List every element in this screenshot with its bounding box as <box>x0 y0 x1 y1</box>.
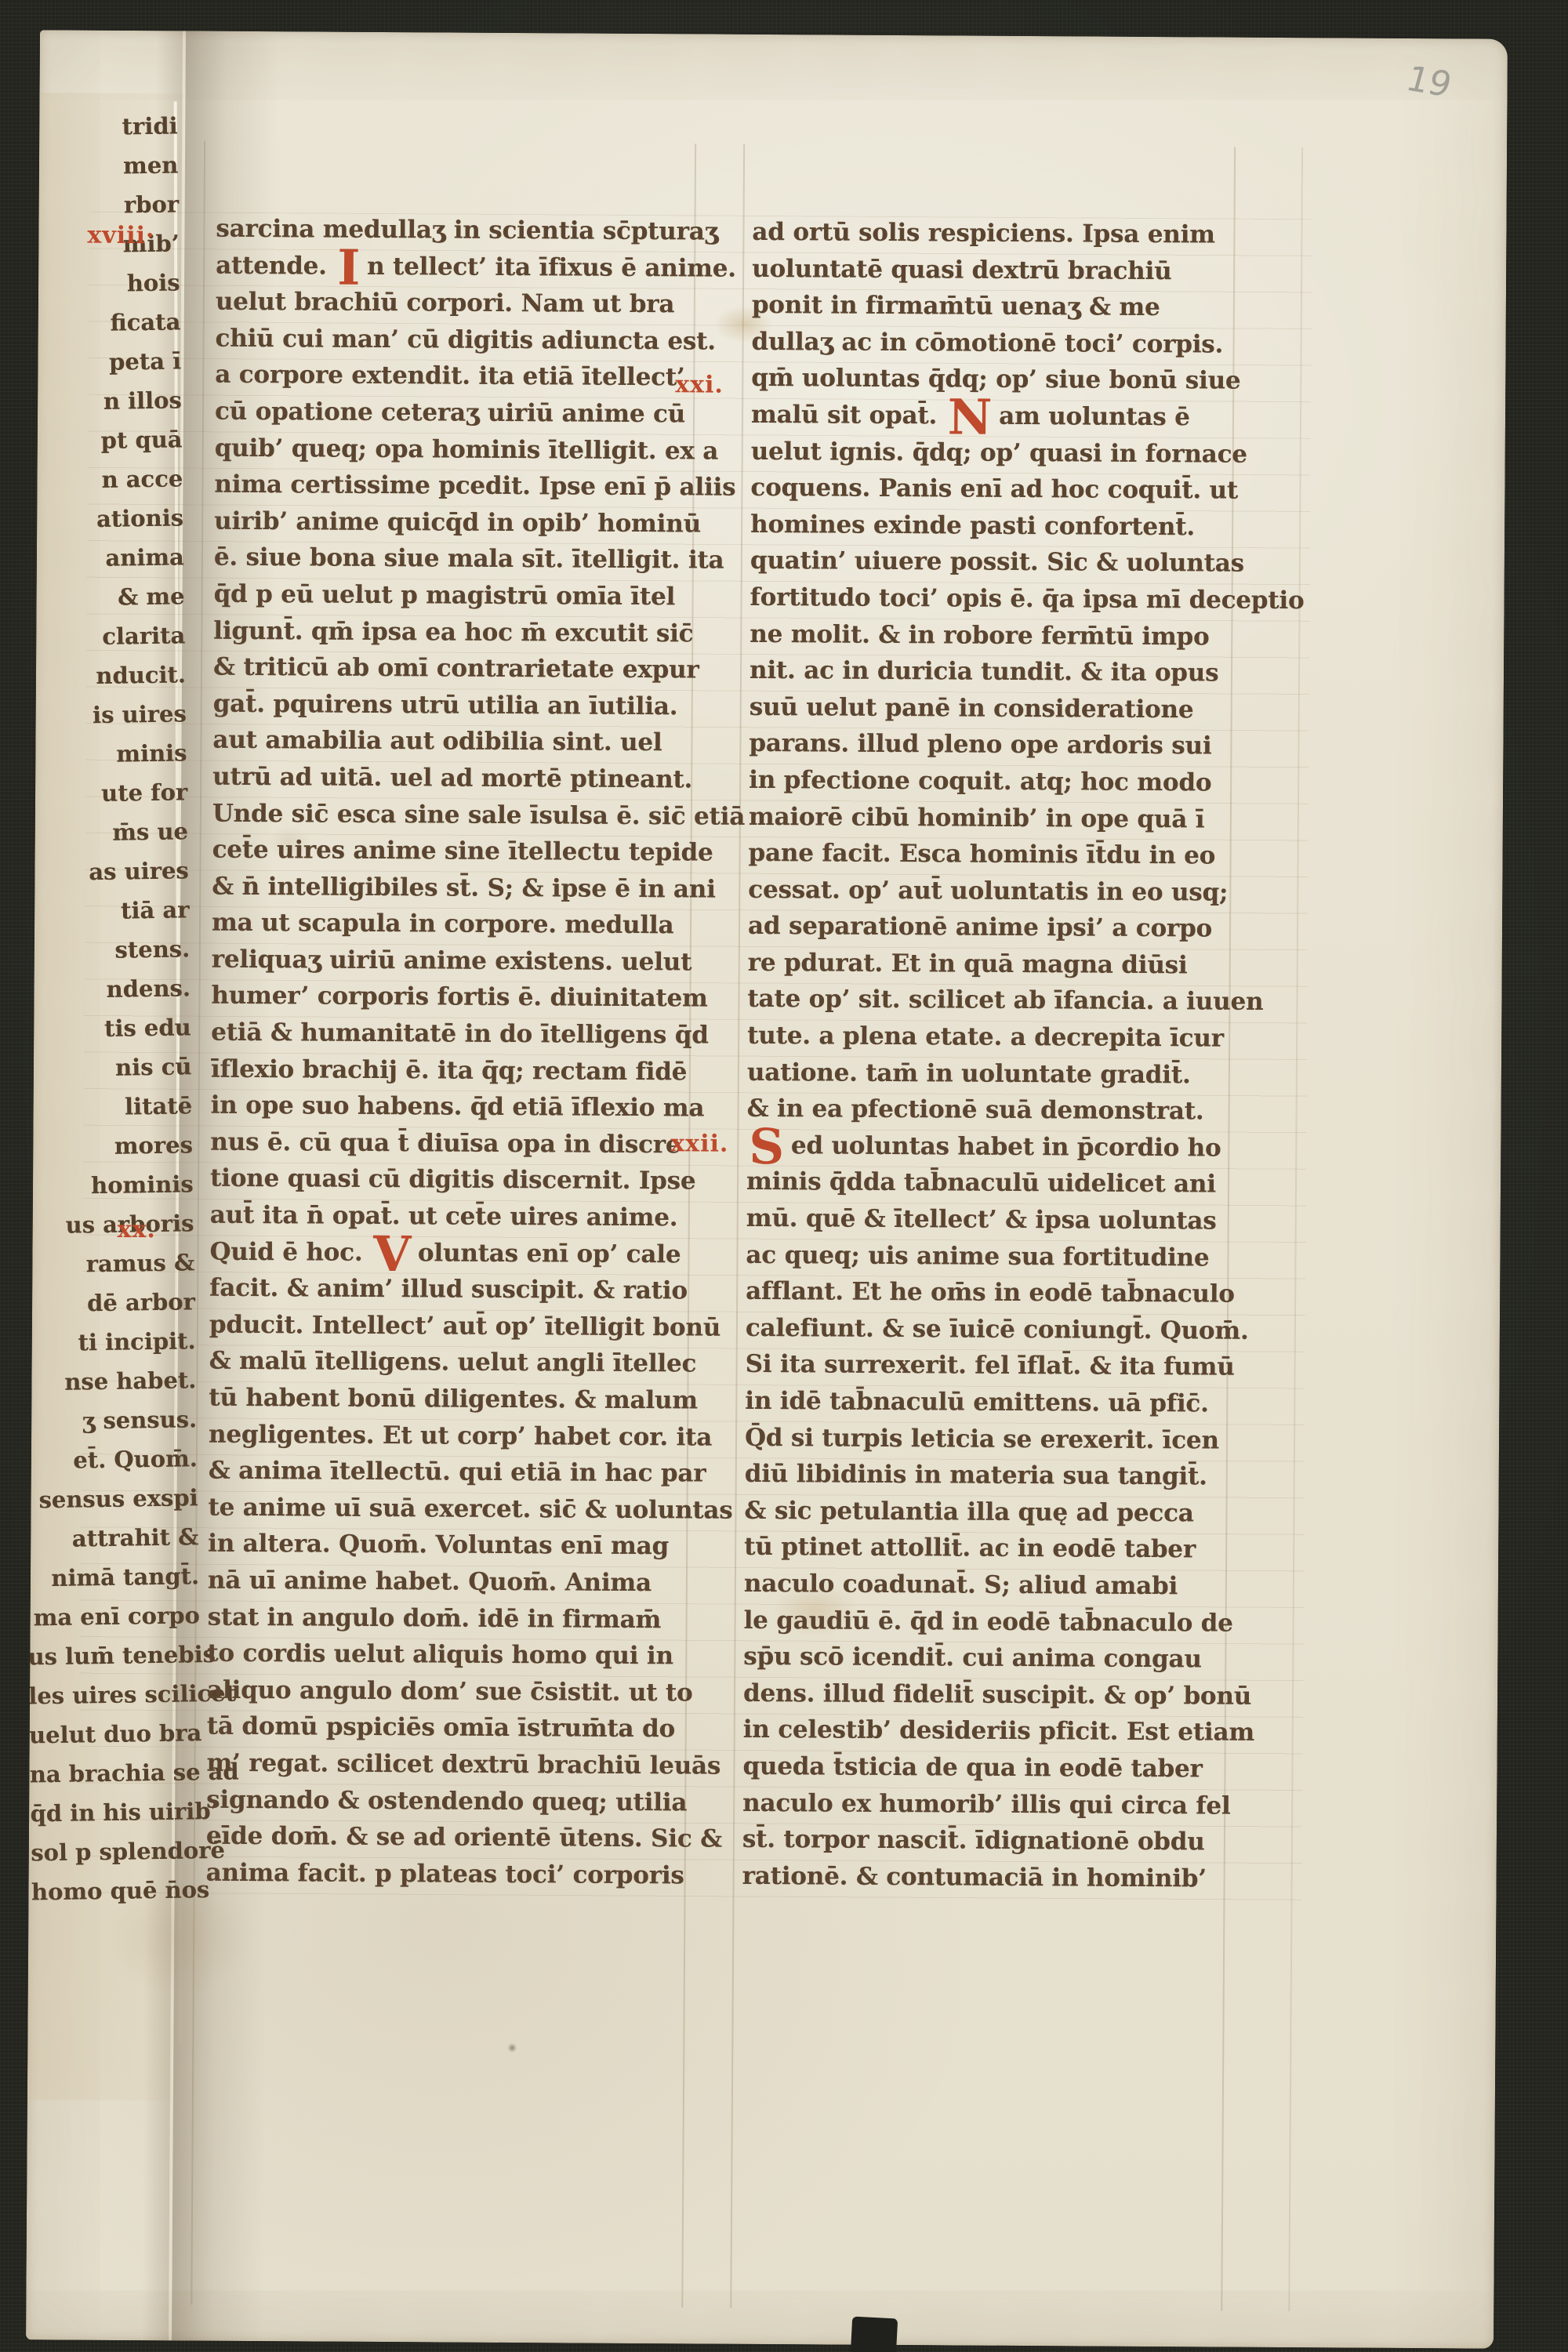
manuscript-line: afflant. Et he om̄s in eodē tab̄naculo <box>746 1277 1229 1316</box>
manuscript-line: fortitudo toci’ opis ē. q̄a ipsa mī dece… <box>750 583 1232 622</box>
manuscript-line: cū opatione ceteraʒ uiriū anime cū <box>215 397 695 437</box>
manuscript-line: nā uī anime habet. Quom̄. Anima <box>208 1566 688 1606</box>
manuscript-line: naculo ex humorib’ illis qui circa fel <box>742 1788 1225 1828</box>
manuscript-line: calefiunt. & se īuicē coniungt̄. Quom̄. <box>746 1314 1229 1353</box>
previous-page-line-fragment: ute for <box>26 779 188 820</box>
previous-page-line-fragment: nse habet. <box>26 1367 197 1408</box>
previous-page-line-fragment: ma enī corpo <box>27 1602 201 1643</box>
previous-page-line-fragment: dē arbor <box>26 1288 195 1330</box>
previous-page-line-fragment: us arboris <box>26 1210 194 1251</box>
manuscript-line: uirib’ anime quicq̄d in opib’ hominū <box>214 506 694 546</box>
manuscript-line: suū uelut panē in consideratione <box>750 693 1232 732</box>
previous-page-line-fragment: anima <box>26 543 184 585</box>
manuscript-line: a corpore extendit. ita etiā ītellect’ <box>215 361 695 400</box>
manuscript-line: sp̄u scō icendit̄. cui anima congau <box>743 1642 1226 1682</box>
manuscript-line: nus ē. cū qua t̄ diuīsa opa in discre <box>210 1128 690 1167</box>
manuscript-line: tū habent bonū diligentes. & malum <box>209 1384 688 1423</box>
manuscript-line: nit. ac in duricia tundit. & ita opus <box>750 656 1232 695</box>
previous-page-line-fragment: peta ī <box>26 347 182 389</box>
previous-page-line-fragment: litatē <box>26 1092 193 1134</box>
previous-page-line-fragment: nimā tangt̄. <box>27 1563 200 1604</box>
manuscript-line: in ope suo habens. q̄d etiā īflexio ma <box>210 1091 690 1131</box>
manuscript-line: uelut brachiū corpori. Nam ut bra <box>216 288 695 327</box>
manuscript-line: ligunt̄. qm̄ ipsa ea hoc m̄ excutit sic̄ <box>213 616 693 655</box>
previous-page-line-fragment: is uires <box>26 700 187 742</box>
previous-page-line-fragment: homo quē n̄os <box>31 1876 205 1918</box>
rubric-initial: V <box>373 1225 411 1283</box>
manuscript-line: aut̄ ita n̄ opat̄. ut cet̄e uires anime. <box>210 1201 690 1240</box>
manuscript-line: coquens. Panis enī ad hoc coquit̄. ut <box>750 474 1233 513</box>
chapter-numeral-xx: xx. <box>118 1216 156 1243</box>
binding-notch <box>851 2317 898 2352</box>
previous-page-line-fragment: nis cū <box>26 1053 192 1094</box>
previous-page-line-fragment: hois <box>26 269 180 310</box>
manuscript-line: malū sit opat̄. Nam uoluntas ē <box>751 401 1234 440</box>
manuscript-line: signando & ostendendo queq; utilia <box>206 1785 686 1824</box>
rubric-initial: I <box>337 238 360 296</box>
manuscript-line: & triticū ab omī contrarietate expur <box>213 653 693 692</box>
previous-page-line-fragment: n acce <box>26 465 183 506</box>
manuscript-line: uoluntatē quasi dextrū brachiū <box>752 254 1235 293</box>
manuscript-line: stat in angulo dom̄. idē in firmam̄ <box>207 1602 687 1642</box>
manuscript-line: uelut ignis. q̄dq; op’ quasi in fornace <box>751 437 1234 476</box>
previous-page-line-fragment: na brachia se ad <box>30 1759 203 1800</box>
manuscript-line: negligentes. Et ut corp’ habet cor. ita <box>209 1420 688 1459</box>
previous-page-line-fragment: ramus & <box>26 1249 195 1290</box>
manuscript-line: diū libidinis in materia sua tangit̄. <box>745 1460 1228 1499</box>
manuscript-line: attende. In tellect’ ita īfixus ē anime. <box>216 251 695 290</box>
manuscript-line: pducit. Intellect’ aut̄ op’ ītelligit bo… <box>209 1310 689 1349</box>
manuscript-line: utrū ad uitā. uel ad mortē ptineant. <box>212 763 692 802</box>
manuscript-line: aliquo angulo dom’ sue c̄sistit. ut to <box>207 1675 687 1715</box>
manuscript-line: ad separationē anime ipsi’ a corpo <box>748 912 1231 951</box>
manuscript-line: maiorē cibū hominib’ in ope quā ī <box>749 802 1232 841</box>
chapter-numeral-xviii: xviii· <box>87 222 154 250</box>
manuscript-line: mū. quē & ītellect’ & ipsa uoluntas <box>746 1204 1229 1243</box>
previous-page-line-fragment: ndens. <box>26 975 191 1016</box>
text-column-left: sarcina medullaʒ in scientia sc̄pturaʒat… <box>205 215 695 1898</box>
manuscript-line: Sed uoluntas habet in p̄cordio ho <box>746 1131 1229 1171</box>
manuscript-line: minis q̄dda tab̄naculū uidelicet ani <box>746 1167 1229 1207</box>
manuscript-line: q̄d p eū uelut p magistrū omīa ītel <box>213 580 693 619</box>
manuscript-line: gat̄. pquirens utrū utilia an īutilia. <box>213 689 693 728</box>
previous-page-line-fragment: clarita <box>26 622 186 663</box>
text-column-right: ad ortū solis respiciens. Ipsa enimuolun… <box>742 218 1235 1901</box>
manuscript-line: & sic petulantia illa quę ad pecca <box>744 1497 1227 1536</box>
manuscript-line: in pfectione coquit. atq; hoc modo <box>749 766 1232 805</box>
manuscript-line: queda t̄sticia de qua in eodē taber <box>742 1752 1225 1791</box>
previous-page-line-fragment: us lum̄ tenebis <box>27 1641 201 1682</box>
manuscript-line: m’ regat. scilicet dextrū brachiū leuās <box>206 1749 686 1788</box>
manuscript-line: tā domū pspiciēs omīa īstrum̄ta do <box>207 1712 687 1751</box>
manuscript-line: ne molit. & in robore ferm̄tū impo <box>750 619 1232 659</box>
manuscript-line: reliquaʒ uiriū anime existens. uelut <box>212 946 691 985</box>
manuscript-line: quatin’ uiuere possit. Sic & uoluntas <box>750 546 1233 586</box>
manuscript-line: eīde dom̄. & se ad orientē ūtens. Sic & <box>206 1822 686 1861</box>
previous-page-line-fragment: uelut duo bra <box>29 1719 202 1761</box>
manuscript-line: te anime uī suā exercet. sic̄ & uoluntas <box>208 1493 688 1532</box>
previous-page-line-fragment: pt quā <box>26 426 183 467</box>
manuscript-line: sarcina medullaʒ in scientia sc̄pturaʒ <box>216 215 695 254</box>
previous-page-line-fragment: ficata <box>26 308 181 350</box>
parchment-stain <box>507 2043 517 2053</box>
manuscript-line: to cordis uelut aliquis homo qui in <box>207 1639 687 1679</box>
manuscript-line: facit. & anim’ illud suscipit. & ratio <box>209 1274 689 1313</box>
previous-page-line-fragment: attrahit & <box>26 1523 199 1565</box>
previous-page-line-fragment: ationis <box>26 504 184 546</box>
manuscript-line: ma ut scapula in corpore. medulla <box>212 909 691 948</box>
manuscript-line: aut amabilia aut odibilia sint. uel <box>212 726 692 765</box>
previous-page-line-fragment: q̄d in his uirib’ <box>30 1798 203 1839</box>
chapter-numeral-xxi: xxi. <box>675 371 724 398</box>
manuscript-line: naculo coadunat̄. S; aliud amabi <box>744 1570 1227 1609</box>
manuscript-line: in celestib’ desideriis pficit. Est etia… <box>743 1715 1226 1755</box>
manuscript-line: ac queq; uis anime sua fortitudine <box>746 1240 1229 1279</box>
manuscript-page: tridimenrbormib’hoisficatapeta īn illosp… <box>26 30 1508 2348</box>
previous-page-line-fragment: men <box>26 151 179 193</box>
manuscript-line: rationē. & contumaciā in hominib’ <box>742 1862 1225 1901</box>
previous-page-line-fragment: les uires scilicet <box>28 1680 201 1722</box>
folio-number: 19 <box>1402 59 1456 105</box>
manuscript-line: tate op’ sit. scilicet ab īfancia. a iuu… <box>747 985 1230 1024</box>
manuscript-line: ponit in firmam̄tū uenaʒ & me <box>752 291 1235 330</box>
manuscript-line: le gaudiū ē. q̄d in eodē tab̄naculo de <box>743 1606 1226 1645</box>
manuscript-line: re pdurat. Et in quā magna diūsi <box>748 949 1231 988</box>
previous-page-line-fragment: m̄s ue <box>26 818 188 859</box>
manuscript-line: tione quasi cū digitis discernit. Ipse <box>210 1164 690 1203</box>
previous-page-line-fragment: n illos <box>26 387 182 428</box>
rubric-initial: N <box>947 388 992 445</box>
manuscript-line: & in ea pfectionē suā demonstrat. <box>746 1094 1229 1134</box>
manuscript-line: st̄. torpor nascit̄. īdignationē obdu <box>742 1825 1225 1864</box>
manuscript-line: ad ortū solis respiciens. Ipsa enim <box>752 218 1235 257</box>
previous-page-line-fragment: sensus exspi <box>26 1484 198 1526</box>
manuscript-line: nima certissime pcedit. Ipse enī p̄ alii… <box>214 470 694 510</box>
manuscript-line: humer’ corporis fortis ē. diuinitatem <box>211 982 691 1021</box>
manuscript-line: chiū cui man’ cū digitis adiuncta est. <box>215 324 695 363</box>
previous-page-text-fragments: tridimenrbormib’hoisficatapeta īn illosp… <box>26 112 204 1918</box>
manuscript-line: pane facit. Esca hominis īt̄du in eo <box>748 839 1231 878</box>
previous-page-line-fragment: et̄. Quom̄. <box>26 1445 198 1486</box>
manuscript-line: Unde sic̄ esca sine sale īsulsa ē. sic̄ … <box>212 799 692 838</box>
manuscript-line: homines exinde pasti confortent̄. <box>750 510 1233 550</box>
manuscript-line: tū ptinet attollit̄. ac in eodē taber <box>744 1533 1227 1572</box>
previous-page-line-fragment: tis edu <box>26 1014 191 1055</box>
manuscript-line: ē. siue bona siue mala sīt. ītelligit. i… <box>214 543 694 583</box>
manuscript-line: Quid ē hoc. Voluntas enī op’ cale <box>209 1237 689 1276</box>
previous-page-line-fragment: & me <box>26 583 185 624</box>
manuscript-line: dens. illud fidelit̄ suscipit. & op’ bon… <box>743 1679 1226 1719</box>
manuscript-line: & anima ītellectū. qui etiā in hac par <box>209 1457 688 1496</box>
manuscript-line: etiā & humanitatē in do ītelligens q̄d <box>211 1018 691 1058</box>
previous-page-line-fragment: nducit. <box>26 661 186 702</box>
manuscript-line: Si ita surrexerit. fel īflat̄. & ita fum… <box>745 1350 1228 1389</box>
manuscript-line: & malū ītelligens. uelut angli ītellec <box>209 1347 688 1386</box>
previous-page-line-fragment: ʒ sensus. <box>26 1406 198 1447</box>
manuscript-line: tute. a plena etate. a decrepita īcur <box>747 1022 1230 1061</box>
manuscript-line: in altera. Quom̄. Voluntas enī mag <box>208 1530 688 1569</box>
previous-page-line-fragment: hominis <box>26 1171 194 1212</box>
manuscript-line: dullaʒ ac in cōmotionē toci’ corpis. <box>751 328 1234 367</box>
manuscript-line: quib’ queq; opa hominis ītelligit. ex a <box>215 434 695 473</box>
manuscript-line: parans. illud pleno ope ardoris sui <box>749 729 1232 768</box>
manuscript-line: qm̄ uoluntas q̄dq; op’ siue bonū siue <box>751 364 1234 403</box>
previous-page-line-fragment: stens. <box>26 935 191 977</box>
previous-page-line-fragment: mores <box>26 1131 193 1173</box>
previous-page-line-fragment: as uires <box>26 857 189 898</box>
manuscript-line: Q̄d si turpis leticia se erexerit. īcen <box>745 1423 1228 1462</box>
manuscript-line: cessat. op’ aut̄ uoluntatis in eo usq; <box>748 876 1231 915</box>
photo-background: { "page": { "folio_number": "19", "ink_c… <box>0 0 1568 2352</box>
manuscript-line: cet̄e uires anime sine ītellectu tepide <box>212 836 691 875</box>
chapter-numeral-xxii: xxii. <box>670 1130 728 1157</box>
previous-page-line-fragment: tridi <box>26 112 178 154</box>
previous-page-line-fragment: tiā ar <box>26 896 190 938</box>
manuscript-line: uatione. tam̄ in uoluntate gradit̄. <box>747 1058 1230 1098</box>
previous-page-line-fragment: minis <box>26 739 187 781</box>
previous-page-line-fragment: sol p splendorē <box>31 1837 204 1878</box>
manuscript-line: anima facit. p plateas toci’ corporis <box>205 1858 685 1897</box>
manuscript-line: īflexio brachij ē. ita q̄q; rectam fidē <box>211 1054 691 1094</box>
previous-page-line-fragment: ti incipit. <box>26 1327 196 1369</box>
manuscript-line: & n̄ intelligibiles st̄. S; & ipse ē in … <box>212 872 691 911</box>
manuscript-line: in idē tab̄naculū emittens. uā pfic̄. <box>745 1387 1228 1426</box>
